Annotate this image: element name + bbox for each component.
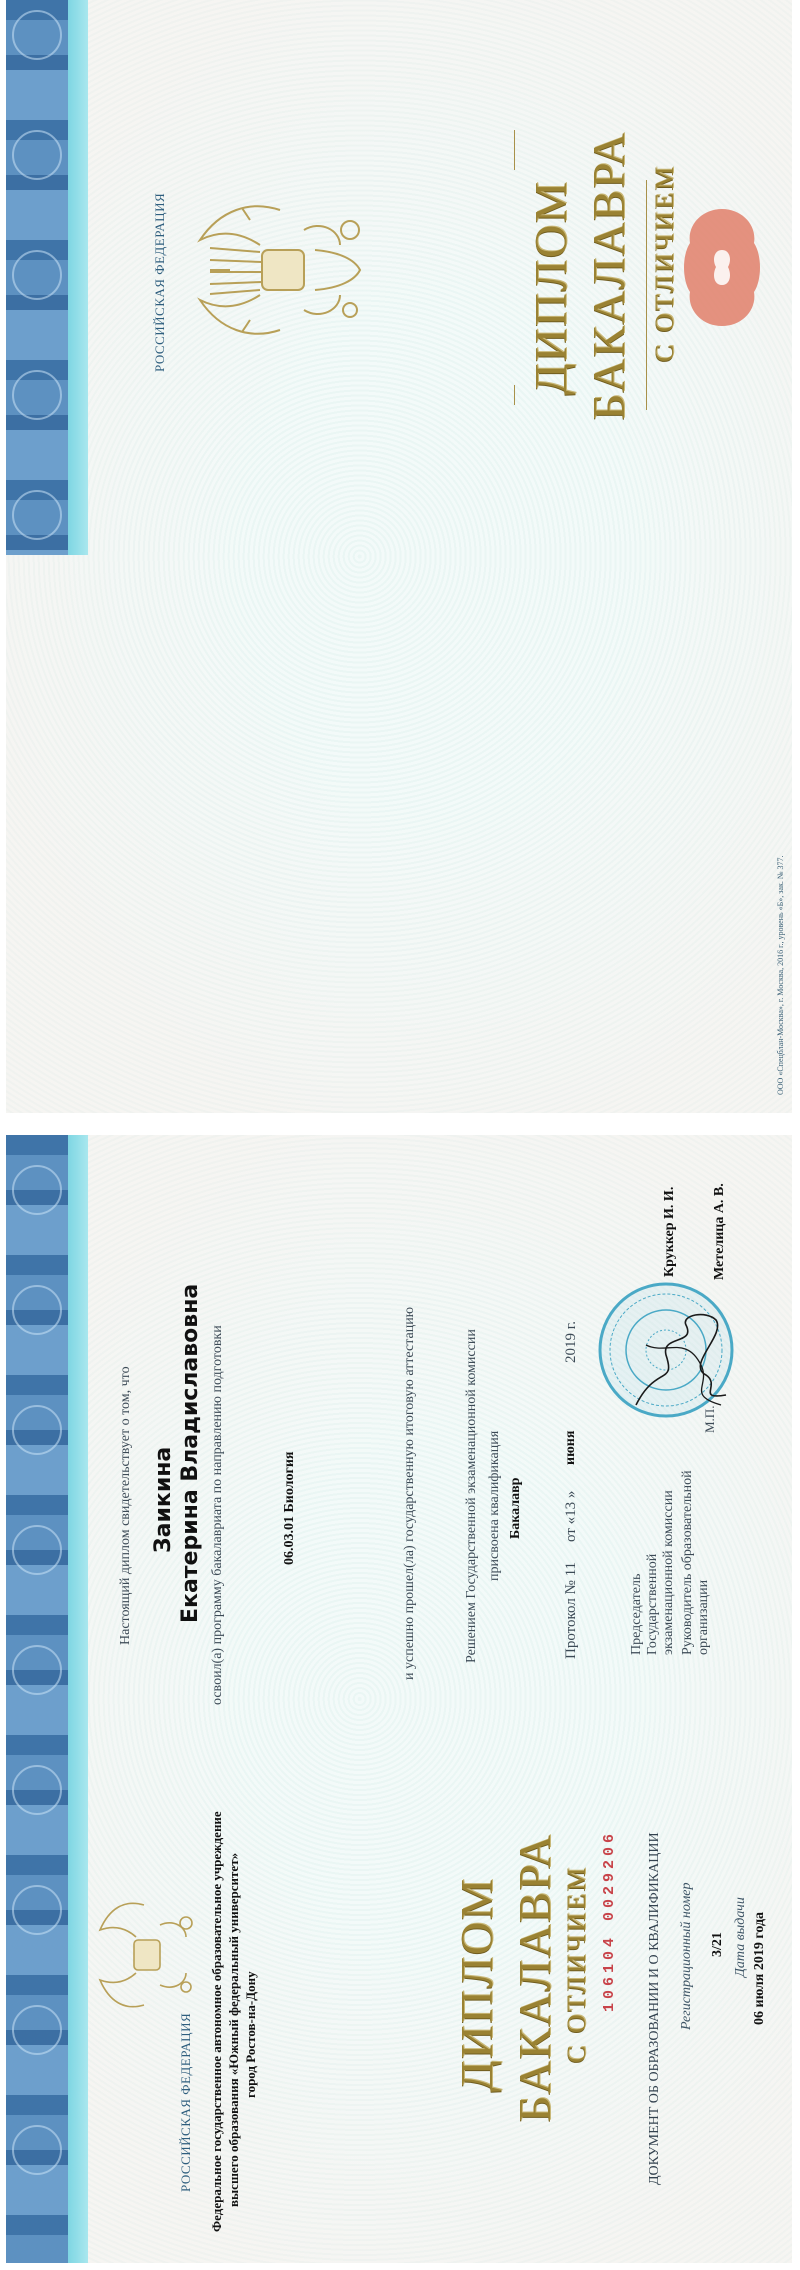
- chair-label-3: экзаменационной комиссии: [661, 1490, 677, 1655]
- attestation-text: и успешно прошел(ла) государственную ито…: [402, 1307, 418, 1680]
- printer-imprint: ООО «Спецблан-Москва», г. Москва, 2016 г…: [776, 856, 785, 1095]
- coat-of-arms-icon: [190, 190, 370, 350]
- decision-text: Решением Государственной экзаменационной…: [464, 1329, 480, 1663]
- chair-label-1: Председатель: [629, 1574, 645, 1655]
- issue-date-label: Дата выдачи: [733, 1897, 749, 1977]
- qualification: Бакалавр: [508, 1478, 524, 1539]
- institution-line-2: высшего образования «Южный федеральный у…: [226, 1853, 242, 2207]
- document-type: ДОКУМЕНТ ОБ ОБРАЗОВАНИИ И О КВАЛИФИКАЦИИ: [647, 1832, 663, 2185]
- honors: С ОТЛИЧИЕМ: [562, 1865, 592, 2063]
- program-name: 06.03.01 Биология: [282, 1452, 298, 1566]
- security-band: [6, 1135, 88, 2263]
- cover-title-line1: ДИПЛОМ: [524, 180, 577, 395]
- diploma-cover-page: РОССИЙСКАЯ ФЕДЕРАЦИЯ ДИПЛОМ БАКАЛАВРА С …: [6, 0, 792, 1113]
- institution-line-1: Федеральное государственное автономное о…: [209, 1811, 225, 2232]
- program-text: освоил(а) программу бакалавриата по напр…: [210, 1325, 226, 1705]
- student-surname: Заикина: [151, 1447, 176, 1553]
- reg-number: 3/21: [710, 1932, 726, 1957]
- chair-label-2: Государственной: [645, 1554, 661, 1655]
- decision-text-2: присвоена квалификация: [487, 1431, 503, 1581]
- country-label: РОССИЙСКАЯ ФЕДЕРАЦИЯ: [152, 193, 168, 372]
- issue-date: 06 июля 2019 года: [752, 1912, 768, 2025]
- protocol-number: Протокол № 11: [563, 1562, 580, 1659]
- title-line1: ДИПЛОМ: [450, 1877, 503, 2092]
- head-name: Метелица А. В.: [712, 1183, 728, 1280]
- cover-honors: С ОТЛИЧИЕМ: [650, 164, 680, 362]
- head-label-2: организации: [696, 1580, 712, 1655]
- protocol-year: 2019 г.: [563, 1321, 580, 1363]
- institution-city: город Ростов-на-Дону: [243, 1971, 259, 2098]
- protocol-day: от «13 »: [563, 1491, 580, 1542]
- intro-text: Настоящий диплом свидетельствует о том, …: [118, 1366, 134, 1645]
- country-label: РОССИЙСКАЯ ФЕДЕРАЦИЯ: [178, 2013, 194, 2192]
- coat-of-arms-icon: [94, 1895, 194, 2015]
- student-given-names: Екатерина Владиславовна: [178, 1284, 203, 1623]
- head-label-1: Руководитель образовательной: [680, 1470, 696, 1655]
- reg-number-label: Регистрационный номер: [679, 1883, 695, 2030]
- diploma-main-page: Настоящий диплом свидетельствует о том, …: [6, 1135, 792, 2263]
- security-band: [6, 0, 88, 555]
- chair-name: Круккер И. И.: [662, 1187, 678, 1277]
- cover-title-line2: БАКАЛАВРА: [582, 131, 635, 420]
- signature-icon: [626, 1305, 736, 1415]
- title-line2: БАКАЛАВРА: [508, 1833, 561, 2122]
- protocol-month: июня: [563, 1431, 579, 1465]
- security-rosette-icon: [682, 205, 762, 330]
- serial-number: 106104 0029206: [601, 1830, 618, 2012]
